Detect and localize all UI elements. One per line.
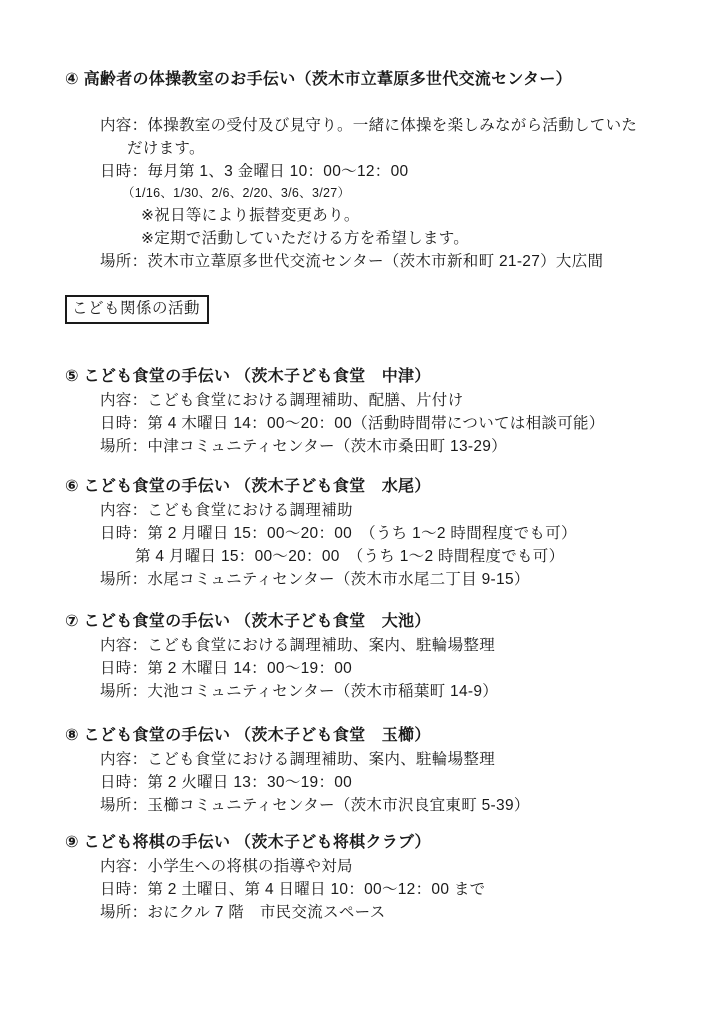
activity-section-6: ⑥ こども食堂の手伝い （茨木子ども食堂 水尾） 内容：こども食堂における調理補… [65, 475, 698, 591]
activity-4-datetime-line: 日時：毎月第 1、3 金曜日 10：00～12：00 [100, 160, 698, 183]
activity-8-datetime-line: 日時：第 2 火曜日 13：30～19：00 [100, 771, 698, 794]
activity-4-place-line: 場所：茨木市立葦原多世代交流センター（茨木市新和町 21-27）大広間 [100, 250, 698, 273]
activity-4-heading: ④ 高齢者の体操教室のお手伝い（茨木市立葦原多世代交流センター） [65, 68, 698, 92]
activity-7-place-line: 場所：大池コミュニティセンター（茨木市稲葉町 14-9） [100, 680, 698, 703]
activity-4-note-regular: ※定期で活動していただける方を希望します。 [141, 227, 698, 250]
activity-section-4: ④ 高齢者の体操教室のお手伝い（茨木市立葦原多世代交流センター） 内容：体操教室… [65, 68, 698, 273]
category-header-row: こども関係の活動 [65, 273, 698, 324]
activity-9-datetime-line: 日時：第 2 土曜日、第 4 日曜日 10：00～12：00 まで [100, 878, 698, 901]
activity-6-datetime-line-2: 第 4 月曜日 15：00～20：00 （うち 1～2 時間程度でも可） [135, 545, 698, 568]
activity-section-8: ⑧ こども食堂の手伝い （茨木子ども食堂 玉櫛） 内容：こども食堂における調理補… [65, 724, 698, 817]
activity-6-datetime-line-1: 日時：第 2 月曜日 15：00～20：00 （うち 1～2 時間程度でも可） [100, 522, 698, 545]
activity-6-heading: ⑥ こども食堂の手伝い （茨木子ども食堂 水尾） [65, 475, 698, 499]
activity-4-dates-list: （1/16、1/30、2/6、2/20、3/6、3/27） [122, 183, 698, 204]
activity-6-content-line: 内容：こども食堂における調理補助 [100, 499, 698, 522]
document-content: ④ 高齢者の体操教室のお手伝い（茨木市立葦原多世代交流センター） 内容：体操教室… [0, 0, 724, 924]
activity-7-heading: ⑦ こども食堂の手伝い （茨木子ども食堂 大池） [65, 610, 698, 634]
document-page: ④ 高齢者の体操教室のお手伝い（茨木市立葦原多世代交流センター） 内容：体操教室… [0, 0, 724, 1024]
activity-8-content-line: 内容：こども食堂における調理補助、案内、駐輪場整理 [100, 748, 698, 771]
activity-section-7: ⑦ こども食堂の手伝い （茨木子ども食堂 大池） 内容：こども食堂における調理補… [65, 610, 698, 703]
activity-5-place-line: 場所：中津コミュニティセンター（茨木市桑田町 13-29） [100, 435, 698, 458]
activity-7-content-line: 内容：こども食堂における調理補助、案内、駐輪場整理 [100, 634, 698, 657]
activity-8-heading: ⑧ こども食堂の手伝い （茨木子ども食堂 玉櫛） [65, 724, 698, 748]
activity-8-place-line: 場所：玉櫛コミュニティセンター（茨木市沢良宜東町 5-39） [100, 794, 698, 817]
activity-4-note-holiday: ※祝日等により振替変更あり。 [141, 204, 698, 227]
activity-4-content-continuation: だけます。 [127, 137, 698, 160]
activity-section-5: ⑤ こども食堂の手伝い （茨木子ども食堂 中津） 内容：こども食堂における調理補… [65, 365, 698, 458]
activity-9-content-line: 内容：小学生への将棋の指導や対局 [100, 855, 698, 878]
activity-6-place-line: 場所：水尾コミュニティセンター（茨木市水尾二丁目 9-15） [100, 568, 698, 591]
activity-7-datetime-line: 日時：第 2 木曜日 14：00～19：00 [100, 657, 698, 680]
activity-4-content-line: 内容：体操教室の受付及び見守り。一緒に体操を楽しみながら活動していた [100, 114, 698, 137]
activity-9-heading: ⑨ こども将棋の手伝い （茨木子ども将棋クラブ） [65, 831, 698, 855]
category-header-box: こども関係の活動 [65, 295, 209, 324]
activity-9-place-line: 場所：おにクル 7 階 市民交流スペース [100, 901, 698, 924]
activity-section-9: ⑨ こども将棋の手伝い （茨木子ども将棋クラブ） 内容：小学生への将棋の指導や対… [65, 831, 698, 924]
activity-5-heading: ⑤ こども食堂の手伝い （茨木子ども食堂 中津） [65, 365, 698, 389]
activity-5-datetime-line: 日時：第 4 木曜日 14：00～20：00（活動時間帯については相談可能） [100, 412, 698, 435]
category-header-label: こども関係の活動 [72, 300, 200, 317]
activity-5-content-line: 内容：こども食堂における調理補助、配膳、片付け [100, 389, 698, 412]
